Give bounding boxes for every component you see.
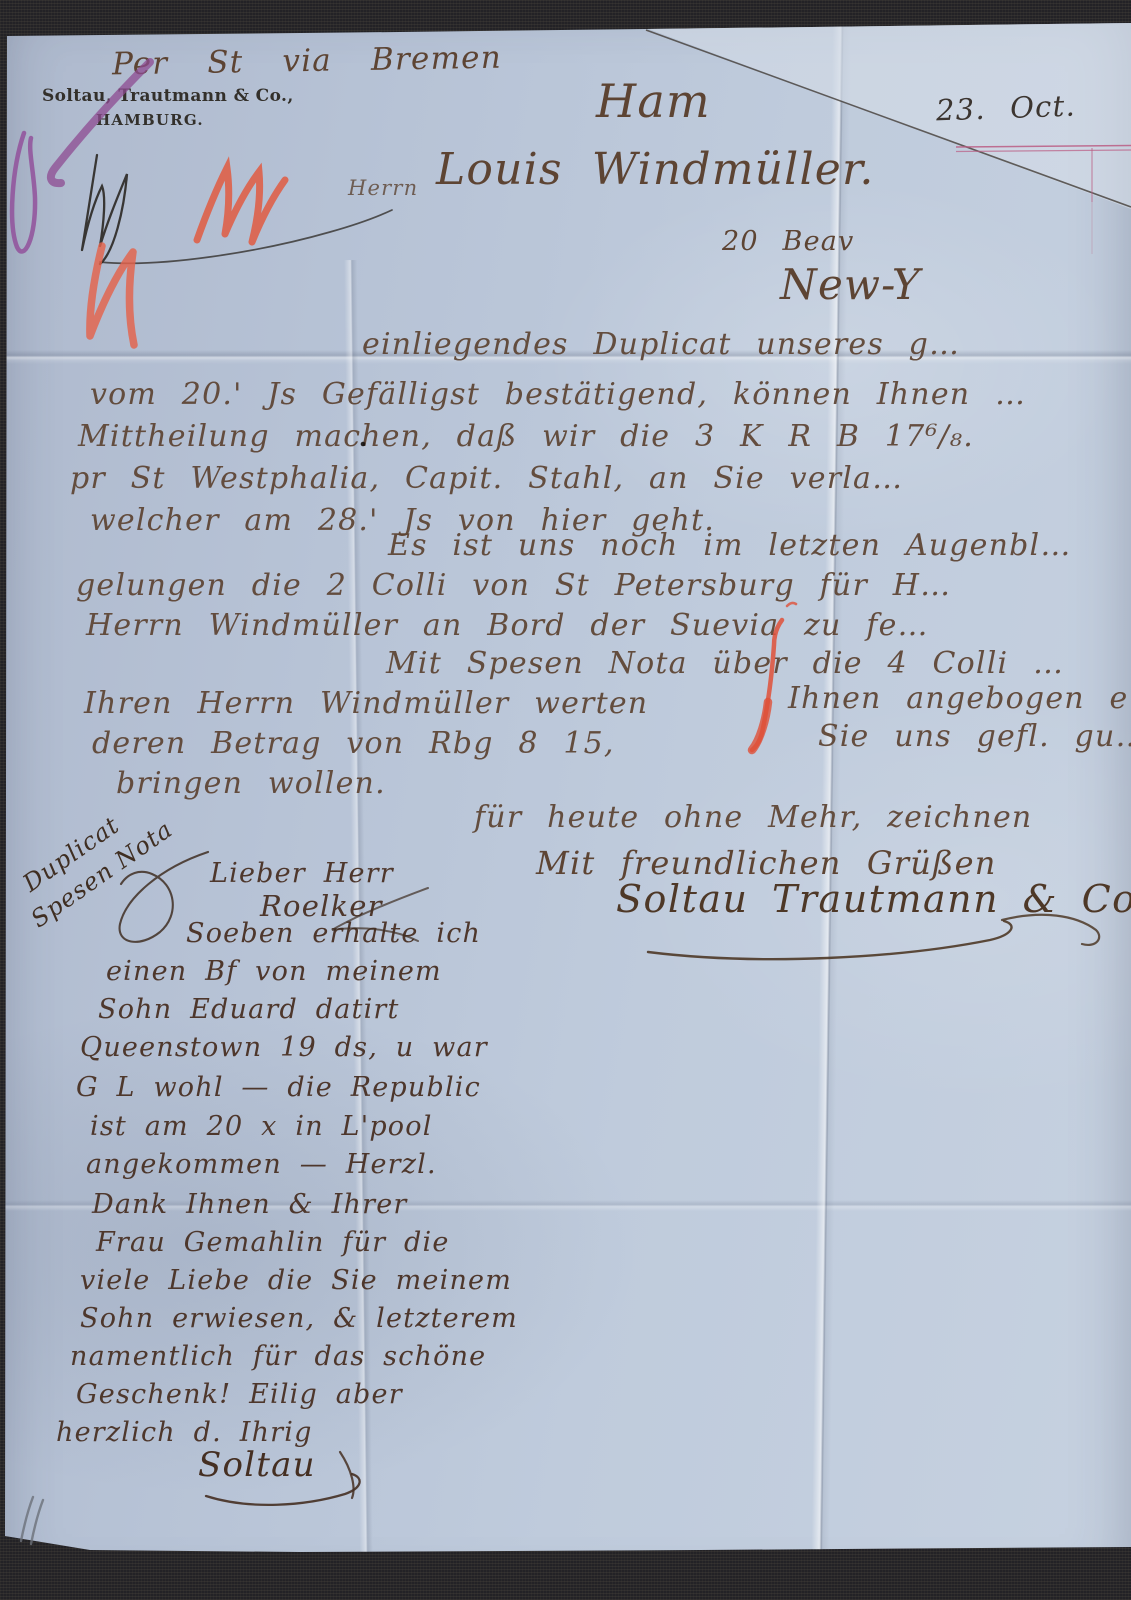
postscript-line: Frau Gemahlin für die <box>96 1229 450 1256</box>
postscript-line: Soeben erhalte ich <box>186 920 481 947</box>
letterhead-company: Soltau, Trautmann & Co., <box>42 86 294 106</box>
recipient-street: 20 Beav <box>722 228 855 255</box>
postscript-line: Queenstown 19 ds, u war <box>80 1034 488 1061</box>
body-line: pr St Westphalia, Capit. Stahl, an Sie v… <box>70 464 903 494</box>
postscript-line: Geschenk! Eilig aber <box>76 1381 403 1408</box>
body-line: für heute ohne Mehr, zeichnen <box>474 803 1032 833</box>
postscript-line: Lieber Herr <box>210 860 394 887</box>
postscript-line: Sohn Eduard datirt <box>98 996 400 1023</box>
recipient-city: New-Y <box>780 264 921 306</box>
body-line: Es ist uns noch im letzten Augenbl… <box>388 531 1072 561</box>
postscript-line: herzlich d. Ihrig <box>56 1419 313 1446</box>
postscript-line: viele Liebe die Sie meinem <box>80 1267 512 1294</box>
dateline-date: 23. Oct. <box>936 92 1077 126</box>
routing-note: Per St via Bremen <box>112 43 502 81</box>
dateline-place: Ham <box>596 78 711 124</box>
body-line: Mittheilung machen, daß wir die 3 K R B … <box>78 422 974 452</box>
recipient-salutation: Herrn <box>348 178 418 199</box>
letterhead-city: HAMBURG. <box>96 111 204 129</box>
postscript-line: angekommen — Herzl. <box>86 1151 437 1178</box>
letter-paper: Per St via Bremen Soltau, Trautmann & Co… <box>0 0 1131 1600</box>
body-line: bringen wollen. <box>116 769 386 799</box>
body-line: deren Betrag von Rbg 8 15, <box>92 729 615 759</box>
body-line: vom 20.' Js Gefälligst bestätigend, könn… <box>90 380 1026 410</box>
postscript-line: Sohn erwiesen, & letzterem <box>80 1305 518 1332</box>
body-line: Ihnen angebogen e… <box>788 684 1131 714</box>
recipient-name: Louis Windmüller. <box>436 148 875 192</box>
body-line: Mit Spesen Nota über die 4 Colli … <box>386 649 1064 679</box>
postscript-line: ist am 20 x in L'pool <box>90 1113 433 1140</box>
postscript-line: Roelker <box>260 892 383 921</box>
postscript-line: Dank Ihnen & Ihrer <box>92 1191 408 1218</box>
body-line: Herrn Windmüller an Bord der Suevia zu f… <box>86 611 929 641</box>
closing-line: Mit freundlichen Grüßen <box>536 847 997 879</box>
body-line: Ihren Herrn Windmüller werten <box>84 689 648 719</box>
postscript-line: einen Bf von meinem <box>106 958 442 985</box>
signature-postscript: Soltau <box>198 1448 316 1482</box>
margin-note-duplicat: Duplicat Spesen Nota <box>16 785 180 928</box>
body-line: Sie uns gefl. gu… <box>818 722 1131 752</box>
signature-firm: Soltau Trautmann & Co <box>616 880 1131 918</box>
body-line: einliegendes Duplicat unseres g… <box>362 330 960 360</box>
body-line: gelungen die 2 Colli von St Petersburg f… <box>76 571 951 601</box>
scanned-letter: Per St via Bremen Soltau, Trautmann & Co… <box>0 0 1131 1600</box>
postscript-line: G L wohl — die Republic <box>76 1074 481 1101</box>
postscript-line: namentlich für das schöne <box>70 1343 486 1370</box>
